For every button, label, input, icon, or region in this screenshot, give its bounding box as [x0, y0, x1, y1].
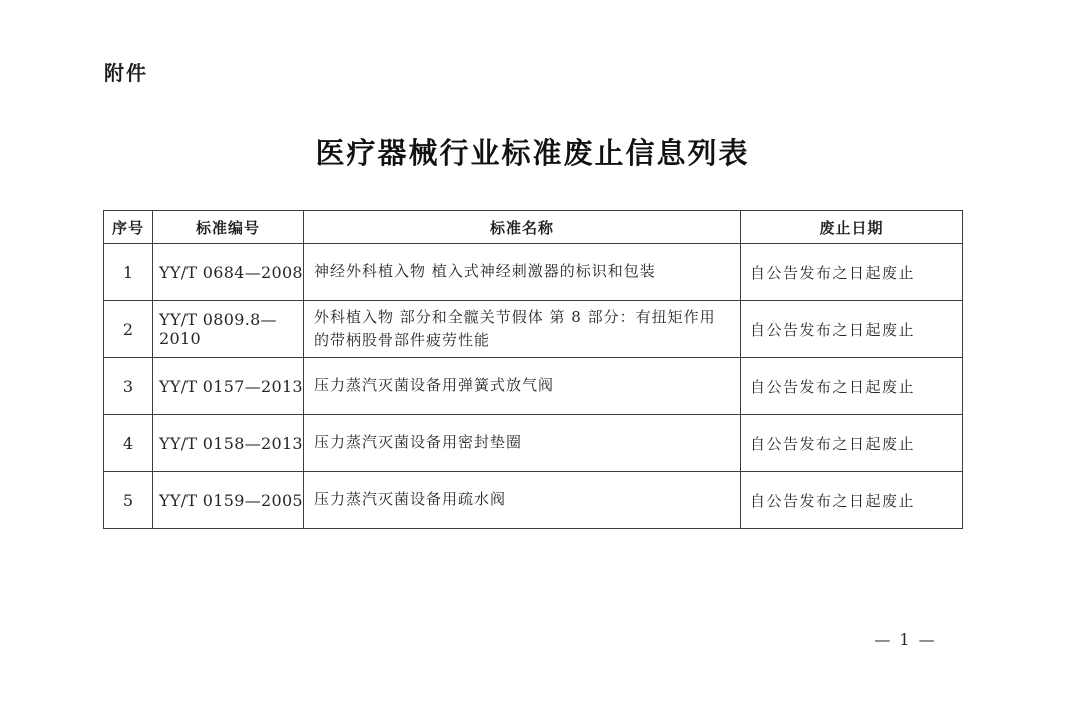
cell-abolition-date: 自公告发布之日起废止 — [741, 301, 963, 358]
cell-serial-number: 1 — [104, 244, 153, 301]
cell-standard-name: 压力蒸汽灭菌设备用弹簧式放气阀 — [304, 358, 741, 415]
cell-standard-code: YY/T 0158—2013 — [153, 415, 304, 472]
cell-standard-code: YY/T 0157—2013 — [153, 358, 304, 415]
table-row: 2 YY/T 0809.8—2010 外科植入物 部分和全髋关节假体 第 8 部… — [104, 301, 963, 358]
header-serial-number: 序号 — [104, 211, 153, 244]
page-number: — 1 — — [858, 630, 953, 649]
table-header-row: 序号 标准编号 标准名称 废止日期 — [104, 211, 963, 244]
cell-serial-number: 4 — [104, 415, 153, 472]
cell-standard-code: YY/T 0809.8—2010 — [153, 301, 304, 358]
table-row: 3 YY/T 0157—2013 压力蒸汽灭菌设备用弹簧式放气阀 自公告发布之日… — [104, 358, 963, 415]
table-row: 1 YY/T 0684—2008 神经外科植入物 植入式神经刺激器的标识和包装 … — [104, 244, 963, 301]
attachment-label: 附件 — [104, 57, 148, 86]
table-row: 5 YY/T 0159—2005 压力蒸汽灭菌设备用疏水阀 自公告发布之日起废止 — [104, 472, 963, 529]
cell-serial-number: 5 — [104, 472, 153, 529]
page-title: 医疗器械行业标准废止信息列表 — [103, 131, 962, 172]
header-abolition-date: 废止日期 — [741, 211, 963, 244]
cell-standard-code: YY/T 0159—2005 — [153, 472, 304, 529]
cell-standard-name: 外科植入物 部分和全髋关节假体 第 8 部分：有扭矩作用的带柄股骨部件疲劳性能 — [304, 301, 741, 358]
cell-abolition-date: 自公告发布之日起废止 — [741, 358, 963, 415]
cell-standard-code: YY/T 0684—2008 — [153, 244, 304, 301]
cell-standard-name: 压力蒸汽灭菌设备用疏水阀 — [304, 472, 741, 529]
cell-serial-number: 2 — [104, 301, 153, 358]
cell-standard-name: 神经外科植入物 植入式神经刺激器的标识和包装 — [304, 244, 741, 301]
document-page: 附件 医疗器械行业标准废止信息列表 序号 标准编号 标准名称 废止日期 1 YY… — [0, 0, 1080, 719]
cell-abolition-date: 自公告发布之日起废止 — [741, 415, 963, 472]
table-row: 4 YY/T 0158—2013 压力蒸汽灭菌设备用密封垫圈 自公告发布之日起废… — [104, 415, 963, 472]
standards-table: 序号 标准编号 标准名称 废止日期 1 YY/T 0684—2008 神经外科植… — [103, 210, 963, 529]
header-standard-name: 标准名称 — [304, 211, 741, 244]
cell-standard-name: 压力蒸汽灭菌设备用密封垫圈 — [304, 415, 741, 472]
cell-abolition-date: 自公告发布之日起废止 — [741, 244, 963, 301]
header-standard-code: 标准编号 — [153, 211, 304, 244]
cell-abolition-date: 自公告发布之日起废止 — [741, 472, 963, 529]
cell-serial-number: 3 — [104, 358, 153, 415]
